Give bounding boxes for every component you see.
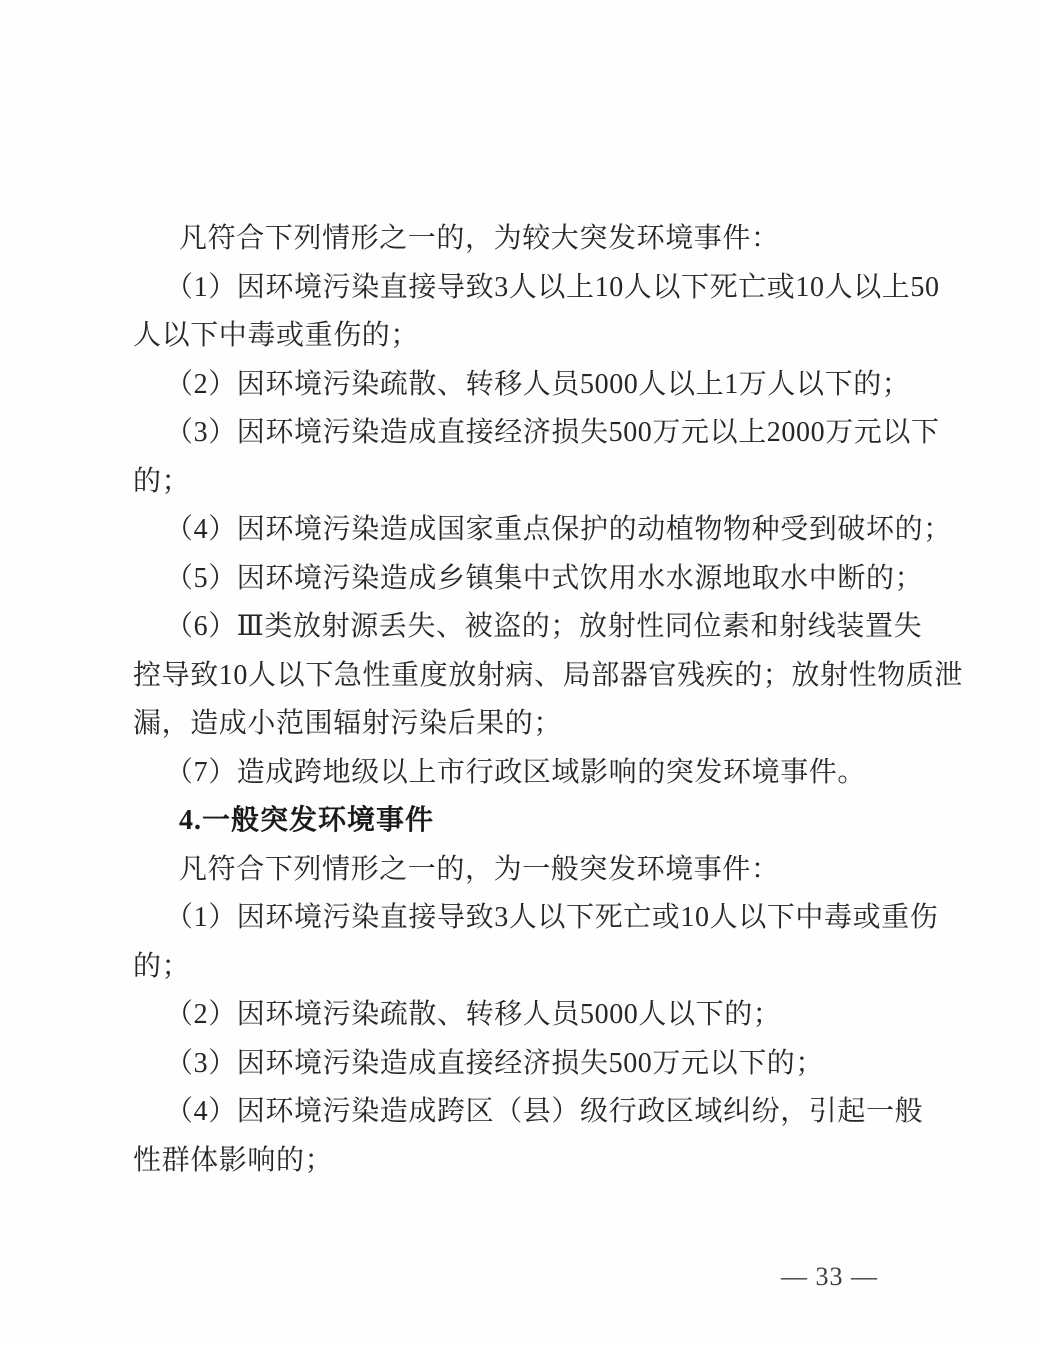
document-line: 控导致10人以下急性重度放射病、局部器官残疾的；放射性物质泄: [133, 652, 887, 701]
document-line: 性群体影响的；: [133, 1137, 887, 1186]
document-line: （3）因环境污染造成直接经济损失500万元以下的；: [133, 1040, 887, 1089]
document-line: （1）因环境污染直接导致3人以下死亡或10人以下中毒或重伤: [133, 894, 887, 943]
document-line: 人以下中毒或重伤的；: [133, 312, 887, 361]
section-heading: 4.一般突发环境事件: [133, 797, 887, 846]
document-line: （1）因环境污染直接导致3人以上10人以下死亡或10人以上50: [133, 264, 887, 313]
document-line: 凡符合下列情形之一的，为一般突发环境事件：: [133, 846, 887, 895]
document-line: （2）因环境污染疏散、转移人员5000人以上1万人以下的；: [133, 361, 887, 410]
document-line: （4）因环境污染造成国家重点保护的动植物物种受到破坏的；: [133, 506, 887, 555]
document-line: 的；: [133, 458, 887, 507]
document-line: （7）造成跨地级以上市行政区域影响的突发环境事件。: [133, 749, 887, 798]
document-line: （6）Ⅲ类放射源丢失、被盗的；放射性同位素和射线装置失: [133, 603, 887, 652]
document-line: 漏，造成小范围辐射污染后果的；: [133, 700, 887, 749]
document-body: 凡符合下列情形之一的，为较大突发环境事件： （1）因环境污染直接导致3人以上10…: [133, 215, 887, 1185]
document-line: （5）因环境污染造成乡镇集中式饮用水水源地取水中断的；: [133, 555, 887, 604]
document-line: 凡符合下列情形之一的，为较大突发环境事件：: [133, 215, 887, 264]
document-line: （2）因环境污染疏散、转移人员5000人以下的；: [133, 991, 887, 1040]
document-line: 的；: [133, 943, 887, 992]
document-page: 凡符合下列情形之一的，为较大突发环境事件： （1）因环境污染直接导致3人以上10…: [0, 0, 1040, 1345]
document-line: （3）因环境污染造成直接经济损失500万元以上2000万元以下: [133, 409, 887, 458]
document-line: （4）因环境污染造成跨区（县）级行政区域纠纷，引起一般: [133, 1088, 887, 1137]
page-number: — 33 —: [781, 1260, 878, 1294]
